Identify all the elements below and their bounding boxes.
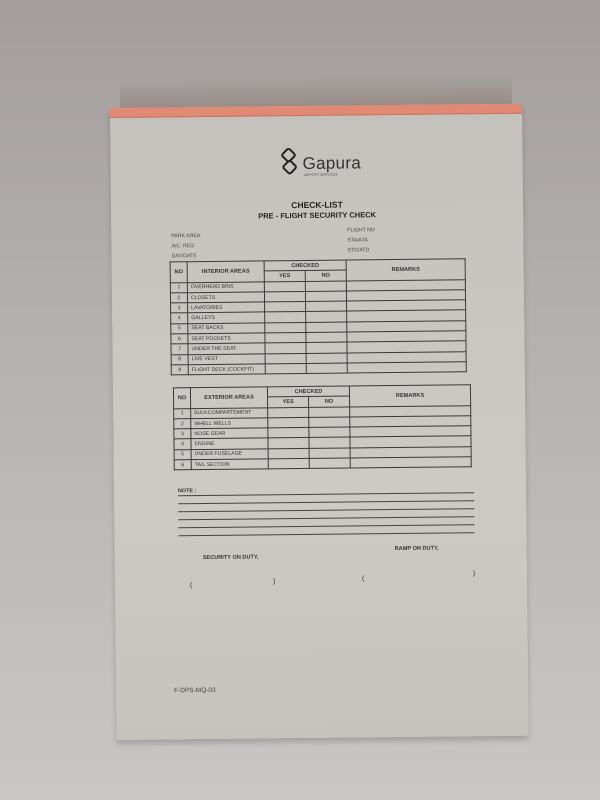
no-cell[interactable] — [306, 301, 347, 312]
note-label: NOTE : — [178, 488, 196, 494]
yes-cell[interactable] — [268, 407, 309, 418]
yes-cell[interactable] — [268, 448, 309, 459]
field-sta-ata: STA/ATA — [347, 237, 368, 243]
yes-cell[interactable] — [264, 281, 305, 292]
logo-tagline: AIRPORT SERVICES — [304, 173, 338, 177]
ramp-signature-close: ) — [473, 570, 475, 577]
col-remarks: REMARKS — [346, 259, 465, 281]
no-cell[interactable] — [309, 458, 350, 469]
yes-cell[interactable] — [265, 312, 306, 323]
note-line[interactable] — [178, 508, 474, 512]
yes-cell[interactable] — [265, 322, 306, 333]
yes-cell[interactable] — [265, 343, 306, 354]
note-line[interactable] — [178, 500, 474, 504]
no-cell[interactable] — [305, 281, 346, 292]
yes-cell[interactable] — [265, 333, 306, 344]
exterior-areas-table: NO EXTERIOR AREAS CHECKED REMARKS YES NO… — [173, 384, 472, 470]
no-cell[interactable] — [306, 353, 347, 364]
col-no: NO — [173, 388, 190, 409]
no-cell[interactable] — [309, 427, 350, 438]
no-cell[interactable] — [306, 363, 347, 374]
col-yes: YES — [264, 271, 305, 282]
note-line[interactable] — [178, 524, 474, 528]
no-cell[interactable] — [309, 448, 350, 459]
note-line[interactable] — [178, 532, 474, 536]
no-cell[interactable] — [305, 291, 346, 302]
col-yes: YES — [268, 397, 309, 408]
security-on-duty-label: SECURITY ON DUTY, — [203, 554, 259, 561]
no-cell[interactable] — [306, 322, 347, 333]
yes-cell[interactable] — [268, 428, 309, 439]
field-ac-reg: A/C. REG — [171, 243, 194, 249]
field-flight-no: FLIGHT NO — [347, 227, 375, 233]
ramp-on-duty-label: RAMP ON DUTY, — [395, 546, 439, 552]
yes-cell[interactable] — [265, 302, 306, 313]
col-no-check: NO — [305, 270, 346, 281]
field-std-atd: STD/ATD — [347, 247, 369, 253]
col-exterior-areas: EXTERIOR AREAS — [190, 387, 267, 408]
gapura-chain-logo-icon — [280, 148, 298, 180]
security-signature-open: ( — [190, 582, 192, 589]
security-signature-close: ) — [273, 578, 275, 585]
yes-cell[interactable] — [268, 438, 309, 449]
table-row: 6TAIL SECTION — [174, 457, 471, 470]
logo-wordmark: Gapura — [302, 153, 361, 174]
pad-back-shadow — [120, 74, 512, 108]
no-cell[interactable] — [306, 332, 347, 343]
col-no-check: NO — [309, 396, 350, 407]
checklist-notepad: Gapura AIRPORT SERVICES CHECK-LIST PRE -… — [110, 104, 529, 740]
form-code: F-DPS-MQ-03 — [174, 687, 216, 694]
yes-cell[interactable] — [265, 353, 306, 364]
yes-cell[interactable] — [264, 291, 305, 302]
yes-cell[interactable] — [268, 417, 309, 428]
no-cell[interactable] — [309, 407, 350, 418]
field-park-area: PARK AREA — [171, 233, 200, 239]
col-remarks: REMARKS — [349, 385, 470, 407]
table-row: 9FLIGHT DECK (COCKPIT) — [171, 362, 466, 375]
ramp-signature-open: ( — [362, 575, 364, 582]
no-cell[interactable] — [309, 417, 350, 428]
remarks-cell[interactable] — [347, 362, 466, 374]
no-cell[interactable] — [306, 312, 347, 323]
remarks-cell[interactable] — [350, 457, 471, 469]
yes-cell[interactable] — [265, 363, 306, 374]
note-line[interactable] — [178, 516, 474, 520]
col-no: NO — [170, 262, 187, 283]
col-interior-areas: INTERIOR AREAS — [187, 261, 264, 282]
no-cell[interactable] — [306, 342, 347, 353]
interior-areas-table: NO INTERIOR AREAS CHECKED REMARKS YES NO… — [170, 258, 467, 375]
no-cell[interactable] — [309, 437, 350, 448]
note-line[interactable] — [178, 492, 474, 496]
yes-cell[interactable] — [268, 459, 309, 470]
field-day-date: DAY/DATE — [172, 253, 197, 259]
